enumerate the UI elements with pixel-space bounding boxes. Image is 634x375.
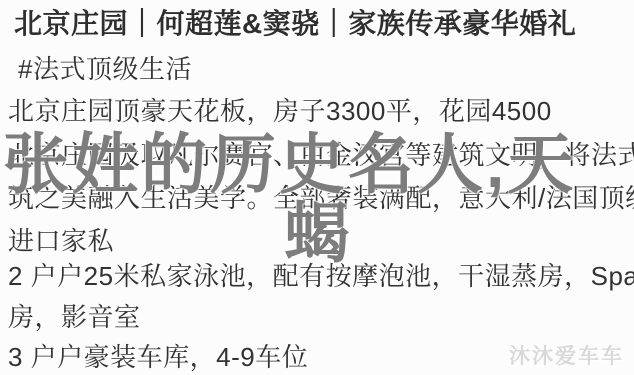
body-line-6: 房，影音室 [8,303,141,333]
hashtag-label[interactable]: #法式顶级生活 [18,55,192,85]
corner-watermark: 沐沐爱车车 [509,340,624,370]
body-line-4: 进口家私 [8,227,114,257]
overlay-watermark-line-2: 蝎 [284,200,353,266]
body-line-7: 3 户户豪装车库，4-9车位 [8,343,308,373]
overlay-watermark-line-1: 张姓的历史名人,天 [3,131,576,197]
post-screenshot: 北京庄园｜何超莲&窦骁｜家族传承豪华婚礼 #法式顶级生活 北京庄园顶豪天花板，房… [0,0,634,375]
post-title: 北京庄园｜何超莲&窦骁｜家族传承豪华婚礼 [14,8,576,40]
body-line-1: 北京庄园顶豪天花板，房子3300平，花园4500 [8,97,552,127]
